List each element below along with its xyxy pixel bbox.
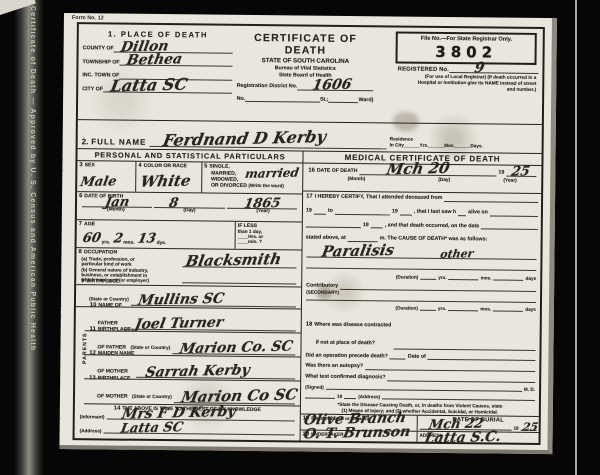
registration-district-row: Registration District No. 1606 xyxy=(237,83,374,91)
st-label: St.; xyxy=(320,96,329,103)
township-row: TOWNSHIP OF Bethea xyxy=(82,59,233,67)
field-number: 7 xyxy=(79,221,82,227)
age-label: AGE xyxy=(84,221,95,227)
field-sex: 3SEX Male xyxy=(77,161,135,192)
duration-line-1: (Duration) yrs. mos. days xyxy=(302,274,540,281)
md-label: M. D. xyxy=(524,386,535,391)
field-number: 17 xyxy=(306,194,313,200)
residence-block: Residence In City______Yrs.______Mos.___… xyxy=(390,136,538,151)
book-spine: Certificate of Death — Approved by U. S.… xyxy=(14,0,44,475)
state-line: STATE OF SOUTH CAROLINA xyxy=(237,57,374,65)
burial-pre19: 19 xyxy=(513,425,518,430)
mother-label-1: MAIDEN NAME xyxy=(98,350,135,356)
marital-hint: (Write the word) xyxy=(248,183,284,188)
field-number: 10 xyxy=(90,302,97,308)
if-less-4: ____min. ? xyxy=(238,239,300,245)
form-header: 1. PLACE OF DEATH COUNTY OF Dillon TOWNS… xyxy=(78,24,543,125)
city-label: CITY OF xyxy=(82,86,103,93)
duration-mos: mos. xyxy=(481,275,492,280)
board-line: State Board of Health xyxy=(237,72,374,79)
age-unit-yrs: yrs. xyxy=(102,240,111,245)
field-q18: 18Where was disease contracted if not at… xyxy=(302,312,540,350)
field-certify: 17I HEREBY CERTIFY, That I attended dece… xyxy=(303,192,541,245)
occ-a-2: particular kind of work xyxy=(81,261,131,267)
informant-label: (Informant) xyxy=(80,414,105,419)
signed-address-line: 19 (Address) xyxy=(301,393,539,400)
field-date-of-birth: 6DATE OF BIRTH Jan 8 1865 (Month) (Day) … xyxy=(77,192,302,222)
medical-certificate-column: MEDICAL CERTIFICATE OF DEATH 16DATE OF D… xyxy=(301,152,542,443)
certificate-title: CERTIFICATE OF DEATH xyxy=(237,32,374,57)
duration-line-2: (Duration) yrs. mos. days xyxy=(302,304,540,311)
father-bp-label-1: BIRTHPLACE xyxy=(98,326,131,332)
certify-saw: , that I last saw h xyxy=(414,209,456,216)
undertaker-address-value: Latta S.C. xyxy=(423,430,502,445)
field-number: 5 xyxy=(204,163,207,169)
registered-value: 9 xyxy=(473,61,485,75)
field-number: 3 xyxy=(79,162,82,168)
parents-section: PARENTS 10NAME OF FATHER Joel Turner xyxy=(75,307,301,406)
signed-label: (Signed) xyxy=(305,384,324,389)
field-race: 4COLOR OR RACE White xyxy=(135,162,201,193)
cause-extra-line xyxy=(302,267,540,271)
field-operation: Did an operation precede death? Date of xyxy=(301,352,539,361)
field-autopsy: Was there an autopsy? xyxy=(301,363,539,372)
informant-address-value: Latta SC xyxy=(119,421,184,436)
form-number: Form No. 12 xyxy=(72,15,104,21)
test-label: What test confirmed diagnosis? xyxy=(305,373,385,380)
field-test: What test confirmed diagnosis? xyxy=(301,373,539,382)
age-yrs: 60 xyxy=(82,232,103,246)
certify-line-1: I HEREBY CERTIFY, That I attended deceas… xyxy=(315,194,443,201)
duration2-days: days xyxy=(525,307,536,312)
margin-note: Every item of information should be care… xyxy=(59,142,63,431)
age-unit-mos: mos. xyxy=(123,241,134,246)
certificate-form: 1. PLACE OF DEATH COUNTY OF Dillon TOWNS… xyxy=(73,22,545,445)
race-label: COLOR OR RACE xyxy=(144,163,187,169)
footnote-3: Homicidal. xyxy=(474,409,498,414)
cause-value: Paralisis xyxy=(320,243,395,260)
section-number: 1. xyxy=(108,29,117,38)
spine-text: Certificate of Death — Approved by U. S.… xyxy=(29,6,36,351)
undertaker-value: O. T. Brunson xyxy=(303,425,412,442)
certify-pre19-c: 19 xyxy=(363,222,369,229)
sex-race-marital-row: 3SEX Male 4COLOR OR RACE White 5SINGLE, … xyxy=(77,161,302,194)
no-label: No. xyxy=(237,95,246,102)
dob-month: Jan xyxy=(104,196,130,210)
certify-alive: alive on xyxy=(468,209,488,216)
registered-label: REGISTERED No. xyxy=(398,66,449,73)
informant-value: Mrs F D Kerby xyxy=(120,405,236,422)
age-if-less-box: IF LESS than 1 day, ____Hrs. or ____min.… xyxy=(235,222,302,250)
duration2-yrs: yrs. xyxy=(438,306,446,311)
field-number: 13 xyxy=(89,375,96,381)
operation-date-of: Date of xyxy=(408,353,426,360)
field-undertaker-address: ADDRESS Latta S.C. xyxy=(416,431,538,445)
occupation-label: OCCUPATION xyxy=(84,249,118,255)
file-number-box: File No.—For State Registrar Only. 3802 xyxy=(396,31,537,64)
mother-bp-hint: (State or Country) xyxy=(132,394,172,399)
residence-label: Residence xyxy=(390,136,414,141)
certificate-title-block: CERTIFICATE OF DEATH STATE OF SOUTH CARO… xyxy=(236,29,374,122)
field-mother-birthplace: 13BIRTHPLACE OF MOTHER (State or Country… xyxy=(84,379,300,406)
field-number: 14 xyxy=(114,406,121,412)
full-name-value: Ferdnand D Kerby xyxy=(161,129,327,149)
file-number-stamp: 3802 xyxy=(401,43,532,62)
field-number: 18 xyxy=(306,321,313,327)
cause-value-2: other xyxy=(440,248,475,260)
birthplace-value: Mullins SC xyxy=(137,292,225,308)
certify-line-4-post: m. The CAUSE OF DEATH* was as follows: xyxy=(380,236,488,244)
field-signed: (Signed) M. D. xyxy=(301,384,539,391)
certify-pre19-a: 19 xyxy=(306,208,312,215)
field-age: 7AGE 60 yrs. 2 mos. 13 dys. xyxy=(77,220,302,250)
dod-pre19: 19 xyxy=(498,170,504,177)
duration-days: days xyxy=(526,276,537,281)
duration-yrs: yrs. xyxy=(438,275,446,280)
dod-label: DATE OF DEATH xyxy=(317,168,358,174)
father-bp-hint: (State or Country) xyxy=(130,345,170,350)
form-columns: PERSONAL AND STATISTICAL PARTICULARS 3SE… xyxy=(75,149,542,443)
mother-bp-label-1: BIRTHPLACE xyxy=(98,375,131,381)
autopsy-label: Was there an autopsy? xyxy=(305,363,363,370)
sex-label: SEX xyxy=(85,162,95,168)
dob-year: 1865 xyxy=(243,197,282,211)
field-marital: 5SINGLE, MARRIED, WIDOWED, OR DIVORCED (… xyxy=(201,162,303,193)
cause-of-death-line: Paralisis other xyxy=(302,256,540,260)
local-registrar-note: (For use of Local Registrar) (If death o… xyxy=(416,74,536,93)
marital-label-4: OR DIVORCED xyxy=(211,183,247,189)
field-informant: 14THE ABOVE IS TRUE TO THE BEST OF MY KN… xyxy=(74,404,299,445)
race-value: White xyxy=(139,174,192,190)
place-of-death-section: 1. PLACE OF DEATH COUNTY OF Dillon TOWNS… xyxy=(82,27,233,121)
age-main: 7AGE 60 yrs. 2 mos. 13 dys. xyxy=(77,220,235,249)
personal-particulars-column: PERSONAL AND STATISTICAL PARTICULARS 3SE… xyxy=(75,149,304,440)
dod-year: 25 xyxy=(510,165,531,179)
certify-pre19-b: 19 xyxy=(392,209,398,216)
mother-bp-value: Marion Co SC xyxy=(180,387,299,405)
marital-label-1: SINGLE, xyxy=(209,164,229,170)
duration2-label: (Duration) xyxy=(396,305,418,310)
death-certificate: Form No. 12 Every item of information sh… xyxy=(59,13,557,454)
age-unit-dys: dys. xyxy=(157,241,167,246)
field-number: 4 xyxy=(138,163,141,169)
ward-label: Ward) xyxy=(359,97,374,104)
dod-value: Mch 20 xyxy=(385,161,451,178)
burial-undertaker-grid: 19Place of Burial or Removal Olive Branc… xyxy=(301,413,539,443)
mother-bp-label-block: 13BIRTHPLACE OF MOTHER (State or Country… xyxy=(89,366,172,403)
township-value: Bethea xyxy=(126,52,184,67)
ink-stain xyxy=(316,286,332,300)
field-filed: Filed 4/22 19 25 W L Rogers LOCAL REGIST… xyxy=(74,443,299,445)
address-label: (Address) xyxy=(358,394,380,399)
operation-label: Did an operation precede death? xyxy=(305,352,387,359)
full-name-number: 2. xyxy=(82,137,89,146)
file-number-section: File No.—For State Registrar Only. 3802 … xyxy=(377,30,539,124)
city-row: CITY OF Latta SC xyxy=(82,86,233,94)
full-name-label: FULL NAME xyxy=(91,137,146,147)
field-number: 16 xyxy=(308,168,315,174)
street-ward-row: No. St.; Ward) xyxy=(237,95,374,103)
scanned-page-background: Certificate of Death — Approved by U. S.… xyxy=(0,0,600,475)
field-number: 6 xyxy=(79,193,82,199)
field-number: 12 xyxy=(89,350,96,356)
field-number: 11 xyxy=(90,326,96,332)
father-bp-value: Marion Co. SC xyxy=(178,339,293,356)
dod-cap-day: (Day) xyxy=(408,178,481,184)
district-value: 1606 xyxy=(311,77,353,92)
q18-line-2: if not at place of death? xyxy=(306,339,376,346)
age-dys: 13 xyxy=(136,232,157,246)
contributory-fill xyxy=(302,298,540,302)
dob-day: 8 xyxy=(168,197,179,210)
birthplace-label: BIRTHPLACE xyxy=(86,278,119,284)
q18-line-1: Where was disease contracted xyxy=(314,321,391,328)
duration-label: (Duration) xyxy=(396,275,418,280)
field-date-of-death: 16DATE OF DEATH Mch 20 19 25 (Month) (Da… xyxy=(303,164,541,194)
township-label: TOWNSHIP OF xyxy=(82,59,119,66)
field-number: 8 xyxy=(78,249,81,255)
certify-line-3: , and that death occurred, on the date xyxy=(385,222,480,230)
duration2-mos: mos. xyxy=(480,306,491,311)
residence-line: In City______Yrs.______Mos.______Days. xyxy=(390,142,483,148)
age-mos: 2 xyxy=(112,232,123,245)
marital-value: married xyxy=(245,167,301,180)
city-value: Latta SC xyxy=(109,77,189,95)
informant-address-label: (Address) xyxy=(80,428,102,433)
scan-edge-line xyxy=(575,0,577,475)
occupation-value: Blacksmith xyxy=(184,252,282,269)
district-label: Registration District No. xyxy=(237,83,298,90)
burial-year: 25 xyxy=(522,421,539,432)
certify-to: to xyxy=(328,208,333,215)
occupation-a-label: (a) Trade, profession, or particular kin… xyxy=(81,256,180,267)
field-undertaker: 20UNDERTAKER O. T. Brunson xyxy=(301,430,417,444)
sex-value: Male xyxy=(79,175,117,189)
mother-bp-label-2: OF MOTHER xyxy=(89,393,128,399)
address-pre19: 19 xyxy=(337,393,342,398)
certify-line-4-pre: stated above, at xyxy=(306,235,346,242)
father-label-1: NAME OF xyxy=(98,302,122,308)
county-label: COUNTY OF xyxy=(83,45,114,52)
dob-cap-day: (Day) xyxy=(153,208,227,214)
q18-label-block: 18Where was disease contracted if not at… xyxy=(306,312,392,349)
field-number: 9 xyxy=(81,278,84,284)
ink-stain xyxy=(393,111,419,131)
